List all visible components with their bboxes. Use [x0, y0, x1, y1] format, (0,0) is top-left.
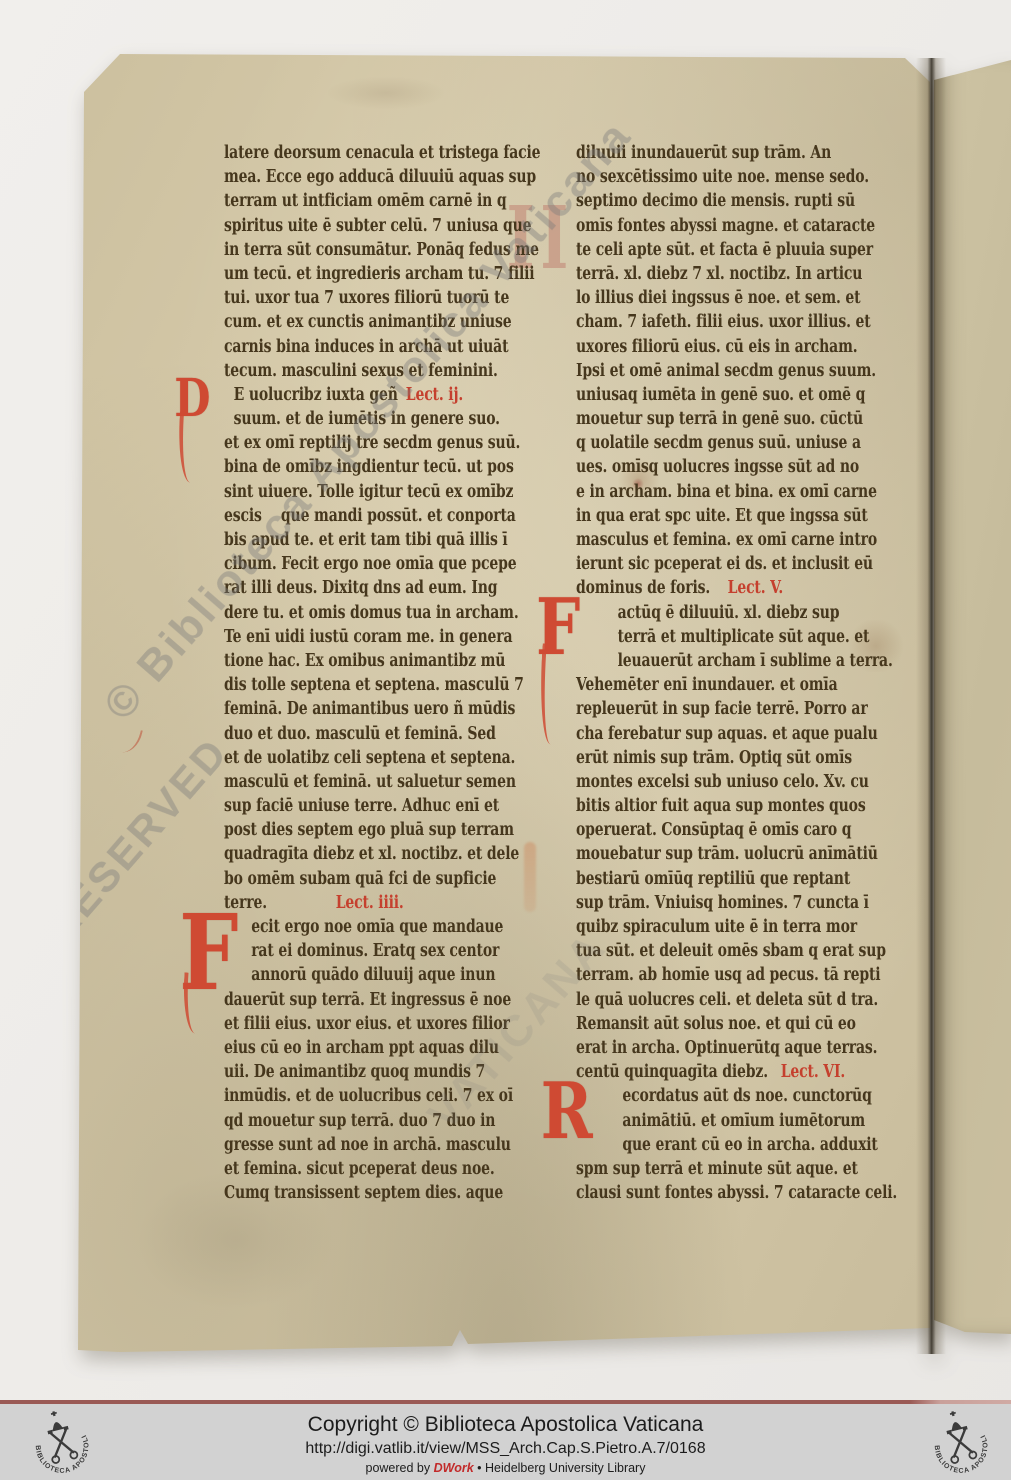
manuscript-line: uxores filiorū eius. cū eis in archam.	[576, 335, 923, 359]
manuscript-line: terrā et multiplicate sūt aque. et	[576, 625, 923, 649]
manuscript-line: te celi apte sūt. et facta ē pluuia supe…	[576, 238, 923, 262]
crossed-keys-icon	[945, 1429, 977, 1464]
manuscript-line: Remansit aūt solus noe. et qui cū eo	[576, 1012, 923, 1036]
dwork-brand: DWork	[434, 1461, 474, 1475]
manuscript-line: mea. Ecce ego adducā diluuiū aquas sup	[224, 165, 530, 189]
manuscript-line: post dies septem ego pluā sup terram	[224, 818, 530, 842]
ink-text: q uolatile secdm genus suū. uniuse a	[576, 433, 861, 453]
manuscript-line: tione hac. Ex omibus animantibz mū	[224, 649, 530, 673]
manuscript-line: annorū quādo diluuij aque inun	[224, 963, 530, 987]
ink-text: et femina. sicut pceperat deus noe.	[224, 1159, 495, 1179]
ink-text: rat ei dominus. Eratq sex centor	[251, 941, 499, 961]
ink-text: et ex omī reptilij tre secdm genus suū.	[224, 433, 520, 453]
manuscript-line: septimo decimo die mensis. rupti sū	[576, 189, 923, 213]
ink-text: post dies septem ego pluā sup terram	[224, 820, 514, 840]
powered-by-prefix: powered by	[366, 1461, 434, 1475]
ink-text: ierunt sic pceperat ei ds. et inclusit e…	[576, 554, 873, 574]
manuscript-line: cibum. Fecit ergo noe omīa que pcepe	[224, 552, 530, 576]
ink-text: cum. et ex cunctis animantibz uniuse	[224, 312, 512, 332]
ink-text: cham. 7 iafeth. filii eius. uxor illius.…	[576, 312, 871, 332]
ink-text: que erant cū eo in archa. adduxit	[622, 1135, 877, 1155]
ink-text: terram ut intficiam omēm carnē in q	[224, 191, 507, 211]
ink-text: mea. Ecce ego adducā diluuiū aquas sup	[224, 167, 536, 187]
footer-text-block: Copyright © Biblioteca Apostolica Vatica…	[0, 1413, 1011, 1475]
ink-text: et filii eius. uxor eius. et uxores fili…	[224, 1014, 510, 1034]
ink-text: le quā uolucres celi. et deleta sūt d tr…	[576, 990, 878, 1010]
manuscript-line: tua sūt. et deleuit omēs sbam q erat sup	[576, 939, 923, 963]
manuscript-line: terrā. xl. diebz 7 xl. noctibz. In artic…	[576, 262, 923, 286]
manuscript-line: uii. De animantibz quoq mundis 7	[224, 1060, 530, 1084]
ink-text: feminā. De animantibus uero ñ mūdis	[224, 699, 515, 719]
manuscript-line: uniusaq iumēta in genē suo. et omē q	[576, 383, 923, 407]
manuscript-line: E uolucribz iuxta geñLect. ij.	[224, 383, 530, 407]
manuscript-line: omīs fontes abyssi magne. et cataracte	[576, 214, 923, 238]
manuscript-line: masculū et feminā. ut saluetur semen	[224, 770, 530, 794]
ink-text: quibz spiraculum uite ē in terra mor	[576, 917, 857, 937]
manuscript-line: dauerūt sup terrā. Et ingressus ē noe	[224, 988, 530, 1012]
manuscript-line: lo illius diei ingssus ē noe. et sem. et	[576, 286, 923, 310]
book-gutter	[916, 58, 946, 1354]
ink-text: masculū et feminā. ut saluetur semen	[224, 772, 516, 792]
rubric-text: Lect. iiii.	[336, 893, 404, 913]
manuscript-line: et filii eius. uxor eius. et uxores fili…	[224, 1012, 530, 1036]
manuscript-line: dominus de foris.Lect. V.	[576, 576, 923, 600]
ink-text: erūt nimis sup trām. Optiq sūt omīs	[576, 748, 852, 768]
ink-text: dis tolle septena et septena. masculū 7	[224, 675, 524, 695]
manuscript-line: rat illi deus. Dixitq dns ad eum. Ing	[224, 576, 530, 600]
manuscript-line: cum. et ex cunctis animantibz uniuse	[224, 310, 530, 334]
manuscript-line: eius cū eo in archam ppt aquas dilu	[224, 1036, 530, 1060]
manuscript-line: animātiū. et omīum iumētorum	[576, 1109, 923, 1133]
ink-text: actūq ē diluuiū. xl. diebz sup	[618, 603, 840, 623]
ink-text: cibum. Fecit ergo noe omīa que pcepe	[224, 554, 517, 574]
ink-text: tua sūt. et deleuit omēs sbam q erat sup	[576, 941, 886, 961]
manuscript-line: feminā. De animantibus uero ñ mūdis	[224, 697, 530, 721]
manuscript-line: ecit ergo noe omīa que mandaue	[224, 915, 530, 939]
ink-text: bis apud te. et erit tam tibi quā illis …	[224, 530, 508, 550]
manuscript-line: rat ei dominus. Eratq sex centor	[224, 939, 530, 963]
manuscript-line: le quā uolucres celi. et deleta sūt d tr…	[576, 988, 923, 1012]
manuscript-line: bestiarū omīūq reptiliū que reptant	[576, 867, 923, 891]
manuscript-line: erūt nimis sup trām. Optiq sūt omīs	[576, 746, 923, 770]
ink-text: tecum. masculini sexus et feminini.	[224, 361, 498, 381]
ink-text: que mandi possūt. et conporta	[281, 506, 516, 526]
crossed-keys-icon	[46, 1429, 78, 1464]
manuscript-line: quibz spiraculum uite ē in terra mor	[576, 915, 923, 939]
manuscript-line: Cumq transissent septem dies. aque	[224, 1181, 530, 1205]
ink-text: carnis bina induces in archā ut uiuāt	[224, 337, 508, 357]
manuscript-line: clausi sunt fontes abyssi. 7 cataracte c…	[576, 1181, 923, 1205]
ink-text: terram. ab homīe usq ad pecus. tā repti	[576, 965, 880, 985]
ink-text: duo et duo. masculū et feminā. Sed	[224, 724, 496, 744]
ink-text: in terra sūt consumātur. Ponāq fedus me	[224, 240, 539, 260]
manuscript-line: mouetur sup terrā in genē suo. cūctū	[576, 407, 923, 431]
ink-text: escis	[224, 506, 262, 526]
ink-text: latere deorsum cenacula et tristega faci…	[224, 143, 540, 163]
manuscript-line: in qua erat spc uite. Et que ingssa sūt	[576, 504, 923, 528]
illuminated-initial-r: R	[541, 1079, 593, 1145]
manuscript-line: inmūdis. et de uolucribus celi. 7 ex oī	[224, 1084, 530, 1108]
manuscript-line: et ex omī reptilij tre secdm genus suū.	[224, 431, 530, 455]
manuscript-line: terram. ab homīe usq ad pecus. tā repti	[576, 963, 923, 987]
manuscript-line: Ipsi et omē animal secdm genus suum.	[576, 359, 923, 383]
rubric-text: Lect. ij.	[406, 385, 463, 405]
manuscript-line: tecum. masculini sexus et feminini.	[224, 359, 530, 383]
powered-by-suffix: • Heidelberg University Library	[474, 1461, 646, 1475]
ink-text: terrā et multiplicate sūt aque. et	[618, 627, 870, 647]
manuscript-line: bis apud te. et erit tam tibi quā illis …	[224, 528, 530, 552]
manuscript-line: Te enī uidi iustū coram me. in genera	[224, 625, 530, 649]
book-photo: II latere deorsum cenacula et tristega f…	[0, 0, 1011, 1402]
manuscript-line: q uolatile secdm genus suū. uniuse a	[576, 431, 923, 455]
ink-text: qd mouetur sup terrā. duo 7 duo in	[224, 1111, 495, 1131]
manuscript-line: terram ut intficiam omēm carnē in q	[224, 189, 530, 213]
ink-text: inmūdis. et de uolucribus celi. 7 ex oī	[224, 1086, 513, 1106]
ink-text: ecordatus aūt ds noe. cunctorūq	[622, 1086, 871, 1106]
manuscript-line: no sexcētissimo uite noe. mense sedo.	[576, 165, 923, 189]
ink-text: spm sup terrā et minute sūt aque. et	[576, 1159, 858, 1179]
manuscript-line: diluuii inundauerūt sup trām. An	[576, 141, 923, 165]
manuscript-line: suum. et de iumētis in genere suo.	[224, 407, 530, 431]
ink-text: omīs fontes abyssi magne. et cataracte	[576, 216, 875, 236]
manuscript-line: bo omēm subam quā fci de supficie	[224, 867, 530, 891]
ink-text: tione hac. Ex omibus animantibz mū	[224, 651, 505, 671]
ink-text: sup trām. Vniuisq homines. 7 cuncta ī	[576, 893, 869, 913]
ink-text: ecit ergo noe omīa que mandaue	[251, 917, 503, 937]
manuscript-line: spm sup terrā et minute sūt aque. et	[576, 1157, 923, 1181]
ink-text: masculus et femina. ex omī carne intro	[576, 530, 877, 550]
ink-text: uxores filiorū eius. cū eis in archam.	[576, 337, 857, 357]
ink-text: dominus de foris.	[576, 578, 710, 598]
ink-text: terrā. xl. diebz 7 xl. noctibz. In artic…	[576, 264, 862, 284]
manuscript-line: ecordatus aūt ds noe. cunctorūq	[576, 1084, 923, 1108]
red-pen-flourish	[119, 726, 143, 756]
ink-text: septimo decimo die mensis. rupti sū	[576, 191, 855, 211]
manuscript-line: Vehemēter enī inundauer. et omīa	[576, 673, 923, 697]
manuscript-line: in terra sūt consumātur. Ponāq fedus me	[224, 238, 530, 262]
manuscript-line: e in archam. bina et bina. ex omī carne	[576, 480, 923, 504]
digitization-footer: BIBLIOTECA APOSTOLICA VATICANA	[0, 1404, 1011, 1480]
manuscript-page: II latere deorsum cenacula et tristega f…	[76, 50, 934, 1360]
manuscript-line: cha ferebatur sup aquas. et aque pualu	[576, 722, 923, 746]
ink-text: Ipsi et omē animal secdm genus suum.	[576, 361, 876, 381]
ink-text: clausi sunt fontes abyssi. 7 cataracte c…	[576, 1183, 897, 1203]
ink-text: uii. De animantibz quoq mundis 7	[224, 1062, 485, 1082]
ink-text: suum. et de iumētis in genere suo.	[234, 409, 500, 429]
manuscript-line: tui. uxor tua 7 uxores filiorū tuorū te	[224, 286, 530, 310]
manuscript-line: centū quinquagīta diebz.Lect. VI.	[576, 1060, 923, 1084]
manuscript-line: quadragīta diebz et xl. noctibz. et dele	[224, 842, 530, 866]
digitized-manuscript-viewer: II latere deorsum cenacula et tristega f…	[0, 0, 1011, 1480]
ink-text: lo illius diei ingssus ē noe. et sem. et	[576, 288, 860, 308]
manuscript-line: um tecū. et ingredieris archam tu. 7 fil…	[224, 262, 530, 286]
footer-copyright: Copyright © Biblioteca Apostolica Vatica…	[0, 1413, 1011, 1437]
manuscript-line: ues. omīsq uolucres ingsse sūt ad no	[576, 455, 923, 479]
vatican-seal-icon: BIBLIOTECA APOSTOLICA VATICANA	[918, 1400, 1003, 1480]
manuscript-line: masculus et femina. ex omī carne intro	[576, 528, 923, 552]
line-gap	[768, 1075, 781, 1077]
manuscript-line: ierunt sic pceperat ei ds. et inclusit e…	[576, 552, 923, 576]
ink-text: montes excelsi sub uniuso celo. Xv. cu	[576, 772, 869, 792]
ink-text: Cumq transissent septem dies. aque	[224, 1183, 503, 1203]
ink-text: operuerat. Consūptaq ē omīs caro q	[576, 820, 851, 840]
ink-text: sint uiuere. Tolle igitur tecū ex omībz	[224, 482, 513, 502]
manuscript-line: gresse sunt ad noe in archā. masculu	[224, 1133, 530, 1157]
ink-text: ues. omīsq uolucres ingsse sūt ad no	[576, 457, 859, 477]
vatican-seal-icon: BIBLIOTECA APOSTOLICA VATICANA	[19, 1400, 104, 1480]
ink-text: in qua erat spc uite. Et que ingssa sūt	[576, 506, 868, 526]
manuscript-line: qd mouetur sup terrā. duo 7 duo in	[224, 1109, 530, 1133]
ink-text: te celi apte sūt. et facta ē pluuia supe…	[576, 240, 873, 260]
manuscript-line: erat in archa. Optinuerūtq aque terras.	[576, 1036, 923, 1060]
manuscript-line: sup trām. Vniuisq homines. 7 cuncta ī	[576, 891, 923, 915]
footer-url: http://digi.vatlib.it/view/MSS_Arch.Cap.…	[0, 1440, 1011, 1458]
ink-text: tui. uxor tua 7 uxores filiorū tuorū te	[224, 288, 509, 308]
ink-text: uniusaq iumēta in genē suo. et omē q	[576, 385, 865, 405]
ink-text: repleuerūt in sup facie terrē. Porro ar	[576, 699, 868, 719]
text-column-right: diluuii inundauerūt sup trām. Anno sexcē…	[576, 141, 923, 1205]
ink-text: bina de omībz ingdientur tecū. ut pos	[224, 457, 514, 477]
ink-text: leuauerūt archam ī sublime a terra.	[618, 651, 893, 671]
manuscript-line: bitis altior fuit aqua sup montes quos	[576, 794, 923, 818]
ink-text: diluuii inundauerūt sup trām. An	[576, 143, 831, 163]
line-gap	[710, 591, 728, 593]
ink-text: Remansit aūt solus noe. et qui cū eo	[576, 1014, 856, 1034]
ink-text: quadragīta diebz et xl. noctibz. et dele	[224, 844, 519, 864]
manuscript-line: repleuerūt in sup facie terrē. Porro ar	[576, 697, 923, 721]
line-gap	[267, 906, 336, 908]
footer-powered-by: powered by DWork • Heidelberg University…	[0, 1461, 1011, 1475]
text-column-left: latere deorsum cenacula et tristega faci…	[224, 141, 530, 1205]
manuscript-line: que erant cū eo in archa. adduxit	[576, 1133, 923, 1157]
ink-text: annorū quādo diluuij aque inun	[251, 965, 495, 985]
manuscript-line: sup faciē uniuse terre. Adhuc enī et	[224, 794, 530, 818]
vatican-library-seal-right: BIBLIOTECA APOSTOLICA VATICANA	[918, 1400, 1003, 1480]
ink-text: spiritus uite ē subter celū. 7 uniusa qu…	[224, 216, 531, 236]
manuscript-line: cham. 7 iafeth. filii eius. uxor illius.…	[576, 310, 923, 334]
manuscript-line: sint uiuere. Tolle igitur tecū ex omībz	[224, 480, 530, 504]
ink-text: mouebatur sup trām. uolucrū anīmātiū	[576, 844, 878, 864]
ink-text: cha ferebatur sup aquas. et aque pualu	[576, 724, 878, 744]
ink-text: bitis altior fuit aqua sup montes quos	[576, 796, 866, 816]
vatican-library-seal-left: BIBLIOTECA APOSTOLICA VATICANA	[19, 1400, 104, 1480]
manuscript-line: leuauerūt archam ī sublime a terra.	[576, 649, 923, 673]
rubric-text: Lect. V.	[728, 578, 784, 598]
manuscript-line: actūq ē diluuiū. xl. diebz sup	[576, 601, 923, 625]
parchment-stain	[326, 76, 446, 110]
manuscript-line: et de uolatibz celi septena et septena.	[224, 746, 530, 770]
ink-text: no sexcētissimo uite noe. mense sedo.	[576, 167, 869, 187]
rubric-text: Lect. VI.	[781, 1062, 845, 1082]
ink-text: erat in archa. Optinuerūtq aque terras.	[576, 1038, 877, 1058]
initial-flourish-tail	[180, 972, 201, 1034]
ink-text: et de uolatibz celi septena et septena.	[224, 748, 515, 768]
ink-text: Te enī uidi iustū coram me. in genera	[224, 627, 512, 647]
ink-text: dere tu. et omis domus tua in archam.	[224, 603, 519, 623]
manuscript-line: duo et duo. masculū et feminā. Sed	[224, 722, 530, 746]
ink-text: centū quinquagīta diebz.	[576, 1062, 768, 1082]
ink-text: Vehemēter enī inundauer. et omīa	[576, 675, 838, 695]
manuscript-line: carnis bina induces in archā ut uiuāt	[224, 335, 530, 359]
manuscript-line: terre.Lect. iiii.	[224, 891, 530, 915]
manuscript-line: latere deorsum cenacula et tristega faci…	[224, 141, 530, 165]
ink-text: rat illi deus. Dixitq dns ad eum. Ing	[224, 578, 497, 598]
ink-text: bestiarū omīūq reptiliū que reptant	[576, 869, 850, 889]
ink-text: E uolucribz iuxta geñ	[234, 385, 398, 405]
ink-text: gresse sunt ad noe in archā. masculu	[224, 1135, 511, 1155]
ink-text: eius cū eo in archam ppt aquas dilu	[224, 1038, 499, 1058]
manuscript-line: mouebatur sup trām. uolucrū anīmātiū	[576, 842, 923, 866]
manuscript-line: montes excelsi sub uniuso celo. Xv. cu	[576, 770, 923, 794]
ink-text: animātiū. et omīum iumētorum	[622, 1111, 865, 1131]
line-gap	[398, 398, 406, 400]
ink-text: e in archam. bina et bina. ex omī carne	[576, 482, 877, 502]
manuscript-line: spiritus uite ē subter celū. 7 uniusa qu…	[224, 214, 530, 238]
manuscript-line: bina de omībz ingdientur tecū. ut pos	[224, 455, 530, 479]
ink-text: um tecū. et ingredieris archam tu. 7 fil…	[224, 264, 534, 284]
ink-text: sup faciē uniuse terre. Adhuc enī et	[224, 796, 499, 816]
manuscript-line: et femina. sicut pceperat deus noe.	[224, 1157, 530, 1181]
manuscript-line: operuerat. Consūptaq ē omīs caro q	[576, 818, 923, 842]
manuscript-line: escisque mandi possūt. et conporta	[224, 504, 530, 528]
ink-text: bo omēm subam quā fci de supficie	[224, 869, 496, 889]
ink-text: dauerūt sup terrā. Et ingressus ē noe	[224, 990, 511, 1010]
manuscript-line: dere tu. et omis domus tua in archam.	[224, 601, 530, 625]
line-gap	[262, 519, 281, 521]
manuscript-line: dis tolle septena et septena. masculū 7	[224, 673, 530, 697]
ink-text: mouetur sup terrā in genē suo. cūctū	[576, 409, 863, 429]
